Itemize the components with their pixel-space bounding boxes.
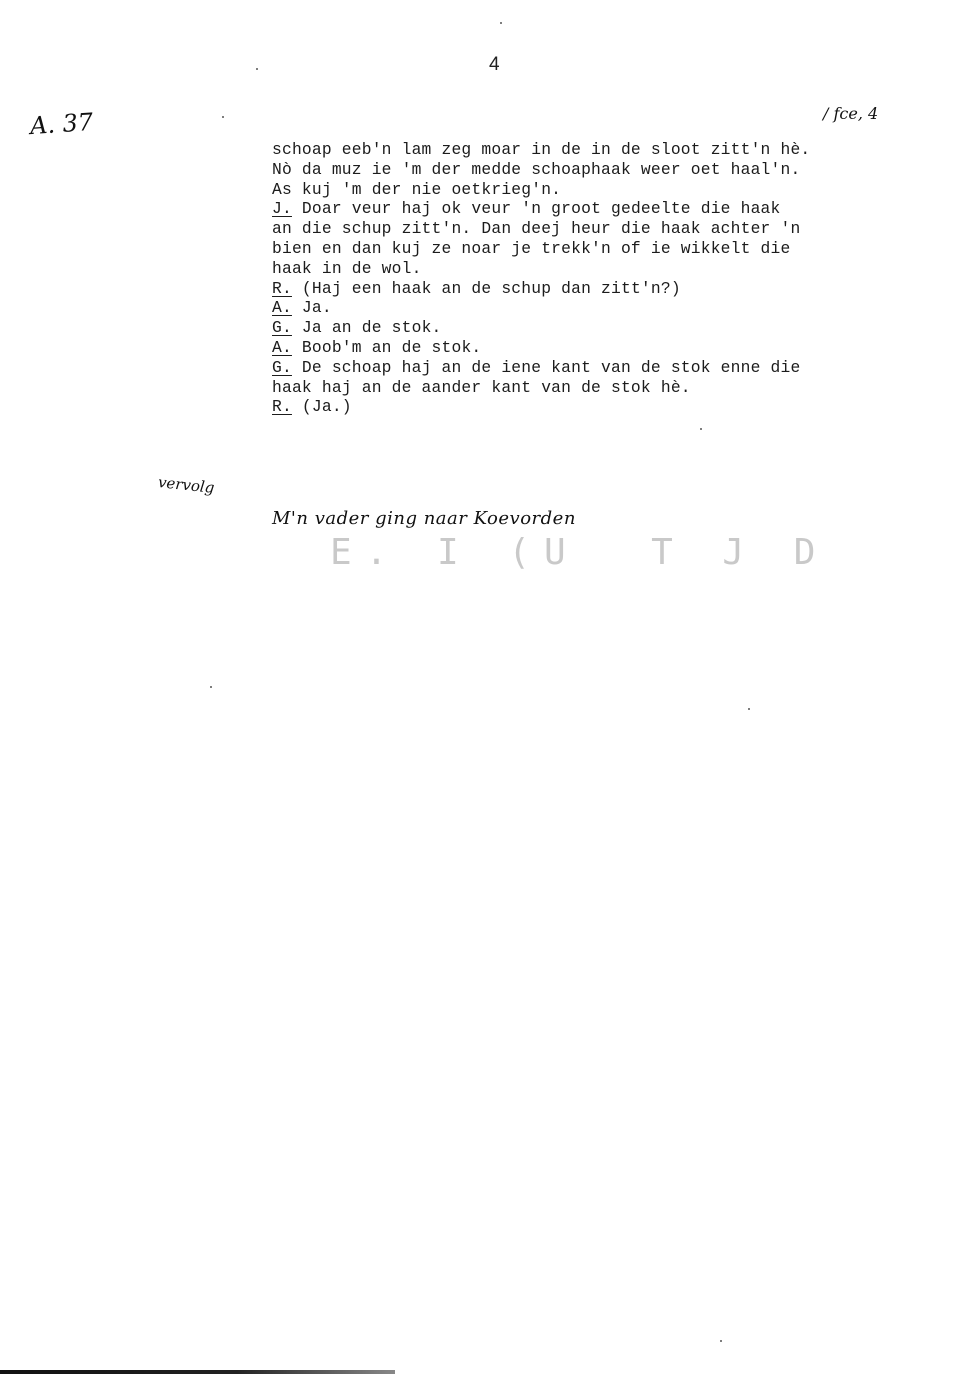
transcript-line: A. Boob'm an de stok. [272,338,942,358]
margin-annotation: A. 37 [29,108,94,140]
transcript-line: haak in de wol. [272,259,942,279]
line-text: schoap eeb'n lam zeg moar in de in de sl… [272,140,810,159]
speck [700,428,702,430]
transcript-line: G. De schoap haj an de iene kant van de … [272,358,942,378]
transcript-line: A. Ja. [272,298,942,318]
speaker-label: A. [272,298,292,317]
transcript-line: an die schup zitt'n. Dan deej heur die h… [272,219,942,239]
speck [222,116,224,118]
handwritten-margin-note: vervolg [157,473,215,497]
transcript-line: schoap eeb'n lam zeg moar in de in de sl… [272,140,942,160]
speaker-label: G. [272,358,292,377]
line-text: Ja. [292,298,332,317]
transcript-line: R. (Ja.) [272,397,942,417]
transcript-body: schoap eeb'n lam zeg moar in de in de sl… [272,140,942,417]
speck [210,686,212,688]
line-text: Ja an de stok. [292,318,442,337]
line-text: Nò da muz ie 'm der medde schoaphaak wee… [272,160,800,179]
speaker-label: J. [272,199,292,218]
line-text: As kuj 'm der nie oetkrieg'n. [272,180,561,199]
transcript-line: G. Ja an de stok. [272,318,942,338]
top-annotation: / fce, 4 [823,104,878,123]
line-text: haak haj an de aander kant van de stok h… [272,378,691,397]
line-text: Boob'm an de stok. [292,338,481,357]
speaker-label: A. [272,338,292,357]
line-text: haak in de wol. [272,259,422,278]
speaker-label: G. [272,318,292,337]
transcript-line: bien en dan kuj ze noar je trekk'n of ie… [272,239,942,259]
transcript-line: haak haj an de aander kant van de stok h… [272,378,942,398]
line-text: (Ja.) [292,397,352,416]
handwritten-line: M'n vader ging naar Koevorden [272,508,576,529]
speck [256,68,258,70]
bleed-through-text: E. I (U T J D [330,532,829,573]
line-text: Doar veur haj ok veur 'n groot gedeelte … [292,199,781,218]
line-text: (Haj een haak an de schup dan zitt'n?) [292,279,681,298]
speck [748,708,750,710]
transcript-line: Nò da muz ie 'm der medde schoaphaak wee… [272,160,942,180]
speaker-label: R. [272,397,292,416]
transcript-line: J. Doar veur haj ok veur 'n groot gedeel… [272,199,942,219]
line-text: an die schup zitt'n. Dan deej heur die h… [272,219,800,238]
transcript-line: R. (Haj een haak an de schup dan zitt'n?… [272,279,942,299]
page-number: 4 [489,54,500,76]
speck [720,1340,722,1342]
line-text: De schoap haj an de iene kant van de sto… [292,358,801,377]
line-text: bien en dan kuj ze noar je trekk'n of ie… [272,239,790,258]
speaker-label: R. [272,279,292,298]
speck [500,22,502,24]
transcript-line: As kuj 'm der nie oetkrieg'n. [272,180,942,200]
bottom-rule [0,1370,395,1374]
